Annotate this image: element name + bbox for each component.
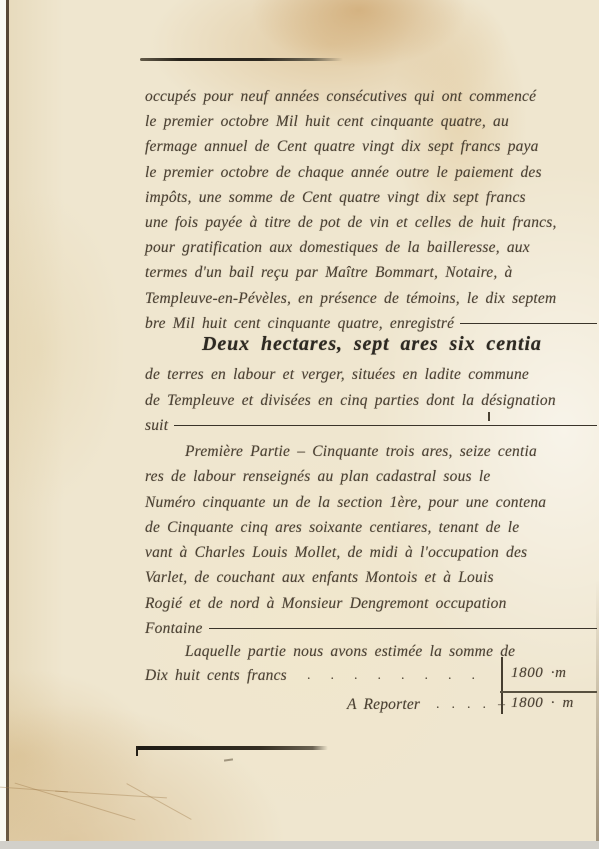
sum-rule	[500, 691, 597, 693]
manuscript-line: Première Partie – Cinquante trois ares, …	[145, 439, 597, 464]
handwritten-rule	[209, 628, 597, 629]
dot-leader: ....–	[436, 697, 517, 713]
page-left-edge	[6, 0, 9, 841]
valuation-intro-line: Laquelle partie nous avons estimée la so…	[185, 643, 515, 661]
manuscript-line: occupés pour neuf années consécutives qu…	[145, 84, 597, 109]
paragraph-premiere-partie: Première Partie – Cinquante trois ares, …	[145, 439, 597, 641]
ink-stroke-artifact-bottom	[136, 746, 328, 750]
manuscript-line: de Templeuve et divisées en cinq parties…	[145, 388, 597, 414]
handwritten-rule	[174, 425, 597, 426]
a-reporter-label: A Reporter	[347, 696, 420, 714]
ink-stroke-artifact-top	[140, 58, 343, 61]
manuscript-line: Numéro cinquante un de la section 1ère, …	[145, 490, 597, 515]
handwritten-rule	[460, 323, 597, 324]
ink-stroke-artifact-tick	[136, 746, 138, 756]
manuscript-line: Varlet, de couchant aux enfants Montois …	[145, 565, 597, 590]
manuscript-line: le premier octobre de chaque année outre…	[145, 160, 597, 185]
dot-leader: ........	[307, 668, 495, 684]
manuscript-line: res de labour renseignés au plan cadastr…	[145, 464, 597, 489]
manuscript-scan: occupés pour neuf années consécutives qu…	[0, 0, 599, 849]
manuscript-line: de Cinquante cinq ares soixante centiare…	[145, 515, 597, 540]
paragraph-lease-terms: occupés pour neuf années consécutives qu…	[145, 84, 597, 336]
manuscript-line: Templeuve-en-Pévèles, en présence de tém…	[145, 286, 597, 311]
section-heading-area: Deux hectares, sept ares six centia	[202, 333, 542, 356]
valuation-amount-words: Dix huit cents francs	[145, 667, 287, 685]
manuscript-line: fermage annuel de Cent quatre vingt dix …	[145, 134, 597, 159]
manuscript-line: impôts, une somme de Cent quatre vingt d…	[145, 185, 597, 210]
rule-tick-mark	[488, 412, 490, 421]
scanner-bottom-strip	[0, 841, 599, 849]
manuscript-line: de terres en labour et verger, situées e…	[145, 362, 597, 388]
manuscript-line: pour gratification aux domestiques de la…	[145, 235, 597, 260]
manuscript-line: Rogié et de nord à Monsieur Dengremont o…	[145, 591, 597, 616]
manuscript-line: une fois payée à titre de pot de vin et …	[145, 210, 597, 235]
manuscript-line: le premier octobre Mil huit cent cinquan…	[145, 109, 597, 134]
manuscript-line: suit	[145, 413, 597, 439]
manuscript-line: vant à Charles Louis Mollet, de midi à l…	[145, 540, 597, 565]
amount-value-1800: 1800 ·m	[511, 665, 567, 682]
manuscript-line: Fontaine	[145, 616, 597, 641]
manuscript-line: termes d'un bail reçu par Maître Bommart…	[145, 260, 597, 285]
amount-value-1800-carry: 1800 · m	[511, 695, 574, 712]
paragraph-land-description: de terres en labour et verger, situées e…	[145, 362, 597, 439]
